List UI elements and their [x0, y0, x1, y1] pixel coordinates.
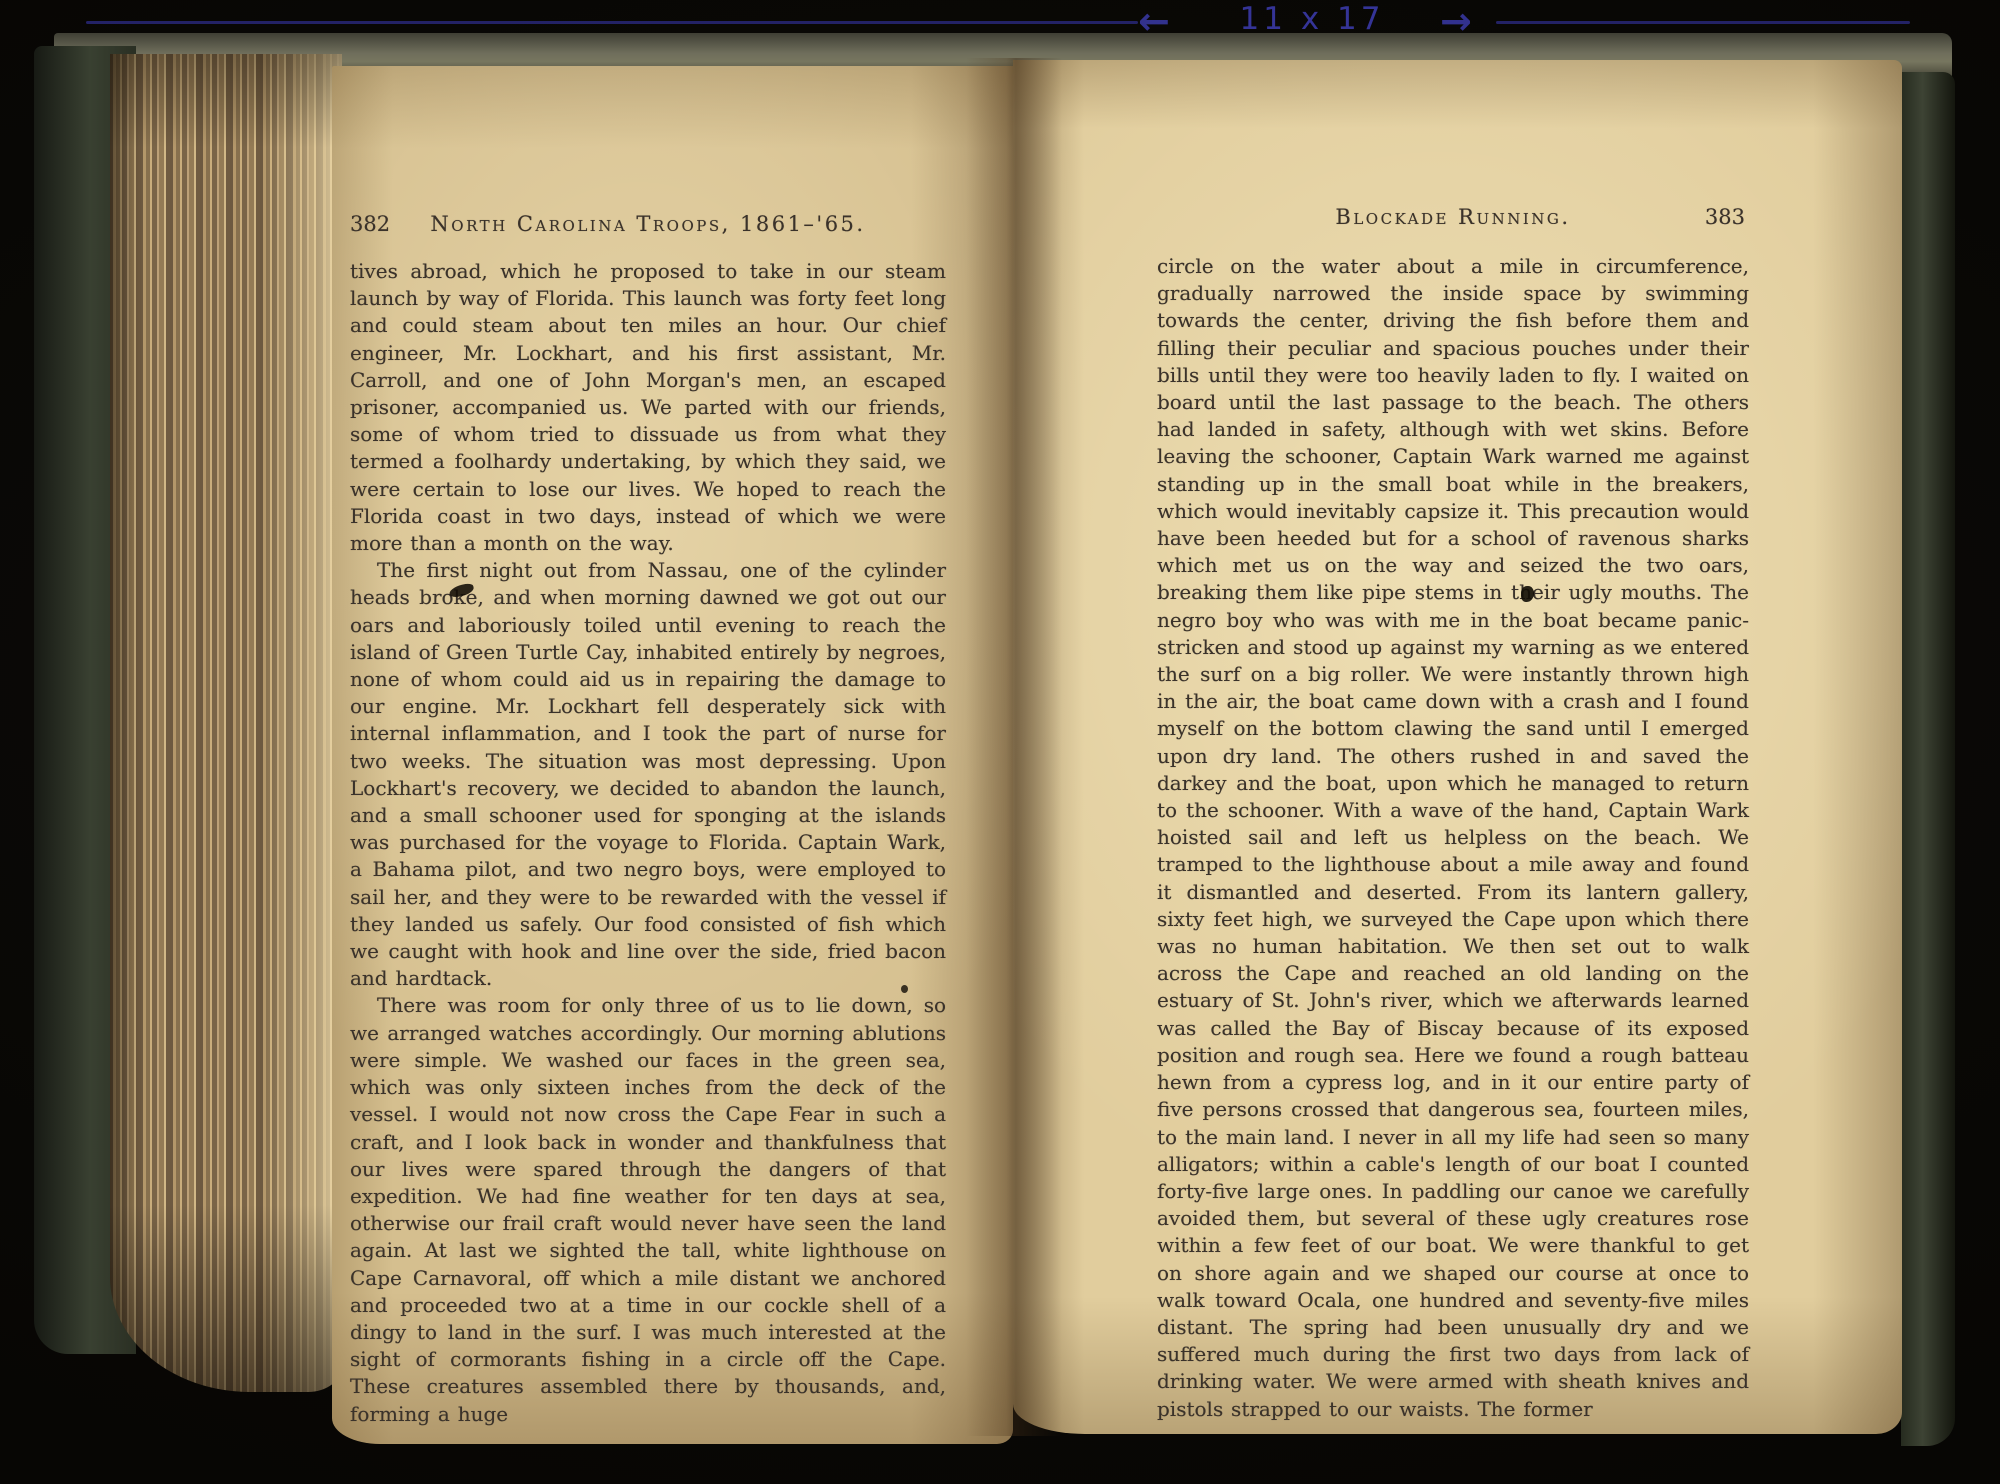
paragraph: The first night out from Nassau, one of …: [350, 557, 946, 992]
dimension-label: 11 x 17: [1222, 1, 1402, 37]
scanned-book-photo: ← 11 x 17 → 382 North Carolina Troops, 1…: [0, 0, 2000, 1484]
page-header: 382 North Carolina Troops, 1861–'65.: [350, 212, 946, 258]
running-title: Blockade Running.: [1157, 205, 1749, 229]
dimension-line-left: [86, 21, 1138, 24]
page-stack-fore-edge: [110, 54, 342, 1392]
page-number: 382: [350, 212, 390, 236]
page-body: tives abroad, which he proposed to take …: [350, 258, 946, 1428]
paragraph: tives abroad, which he proposed to take …: [350, 258, 946, 557]
book-right-cover-edge: [1901, 72, 1955, 1446]
paragraph: There was room for only three of us to l…: [350, 992, 946, 1427]
running-title: North Carolina Troops, 1861–'65.: [350, 212, 946, 236]
left-page-content: 382 North Carolina Troops, 1861–'65. tiv…: [350, 212, 946, 1428]
page-number: 383: [1705, 205, 1745, 229]
page-body: circle on the water about a mile in circ…: [1157, 251, 1749, 1423]
paragraph: circle on the water about a mile in circ…: [1157, 253, 1749, 1423]
right-page-content: Blockade Running. 383 circle on the wate…: [1157, 205, 1749, 1423]
page-header: Blockade Running. 383: [1157, 205, 1749, 251]
dimension-line-right: [1496, 21, 1910, 24]
